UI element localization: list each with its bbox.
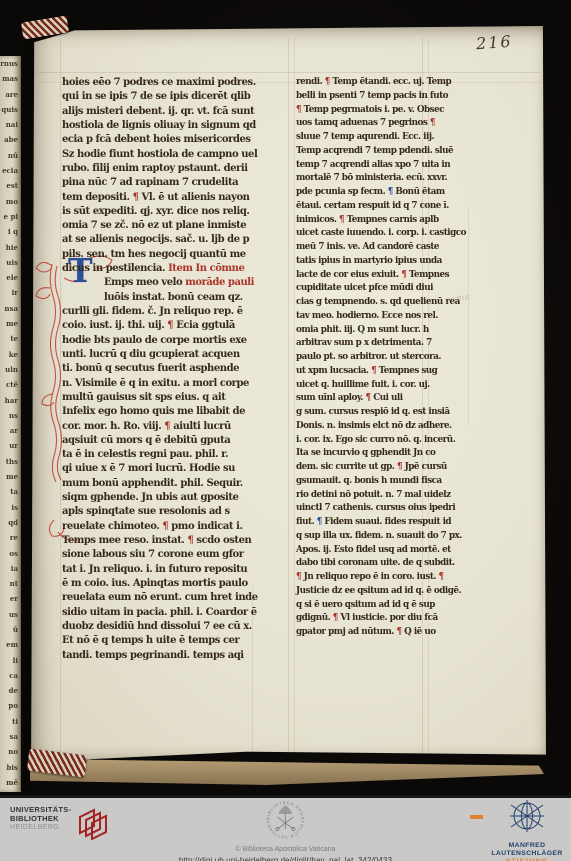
facing-page-fragment: er	[0, 591, 21, 606]
manuscript-text-line: Sz hodie fiunt hostiola de campno uel	[62, 148, 298, 162]
manuscript-text-line: omia phit. iij. Q m sunt lucr. h	[296, 324, 438, 338]
manuscript-text-line: tav meo. hodierno. Ecce nos rel.	[296, 310, 438, 324]
facing-page-fragment: ia	[0, 561, 21, 576]
facing-page-fragment: are	[0, 87, 21, 102]
facing-page-fragment: ca	[0, 668, 21, 683]
facing-page-fragment: quis	[0, 102, 21, 117]
text-column-left: hoies eēo 7 podres ce maximi podres.qui …	[62, 76, 298, 663]
facing-page-fragment: nai	[0, 117, 21, 132]
facing-page-fragment: rnus	[0, 56, 21, 71]
manuscript-text-line: tandi. temps pegrinandi. temps aqi	[62, 649, 298, 663]
manuscript-text-line: ē m coio. ius. Apinqtas mortis paulo	[62, 577, 298, 591]
facing-page-fragment: har	[0, 393, 21, 408]
ruling-line-h	[38, 72, 540, 73]
manuscript-text-line: sidio uitam in pacia. phil. i. Coardor ē	[62, 606, 298, 620]
manuscript-text-line: q sup illa ux. fidem. n. suauit do 7 px.	[296, 530, 438, 544]
manuscript-text-line: aqsiuit cū mors q ē debitū gputa	[62, 434, 298, 448]
manuscript-text-line: ¶ Jn reliquo repo ē in coro. iust. ¶	[296, 571, 438, 585]
facing-page-fragment: po	[0, 698, 21, 713]
facing-page-fragment: i q	[0, 224, 21, 239]
facing-page-fragment: abe	[0, 132, 21, 147]
manuscript-text-line: duobz desidiū hnd dissolui 7 ee cū x.	[62, 620, 298, 634]
manuscript-text-line: dicus in pestilencia. Item In cōmne	[62, 262, 298, 276]
manuscript-text-line: ta ē in celestis regni pau. phil. r.	[62, 448, 298, 462]
manuscript-text-line: sione labous siu 7 corone eum gfor	[62, 548, 298, 562]
manuscript-text-line: apls spinqtate sue resolonis ad s	[62, 505, 298, 519]
manuscript-text-line: belli in psenti 7 temp pacis in futo	[296, 90, 438, 104]
manuscript-text-line: at se alienis negocijs. sač. u. ljb de p	[62, 233, 298, 247]
manuscript-text-line: coio. iust. ij. thi. uij. ¶ Ecia ggtulā	[62, 319, 298, 333]
screenshot-root: rnusmasarequisnaiabenūeciaestmoe pii qhi…	[0, 0, 571, 861]
parchment-crease	[468, 206, 469, 426]
facing-page-fragment: sa	[0, 729, 21, 744]
facing-page-fragment: qd	[0, 515, 21, 530]
manuscript-text-line: meū 7 inis. ve. Ad candorē caste	[296, 241, 438, 255]
manuscript-text-line: tatis ipius in martyrio ipius unda	[296, 255, 438, 269]
facing-page-fragment: mas	[0, 71, 21, 86]
facing-page-fragment: ta	[0, 484, 21, 499]
manuscript-text-line: mortalē 7 bō ministeria. ecū. xxvr.	[296, 172, 438, 186]
manuscript-text-line: hoies eēo 7 podres ce maximi podres.	[62, 76, 298, 90]
manuscript-text-line: luōis instat. bonū ceam qz.	[62, 291, 298, 305]
facing-page-fragment: ir	[0, 285, 21, 300]
manuscript-text-line: ut xpm lucsacia. ¶ Tempnes sug	[296, 365, 438, 379]
facing-page-fragment: no	[0, 744, 21, 759]
manuscript-text-line: unti. lucrū q diu gcupierat acquen	[62, 348, 298, 362]
ml-logo-line2: LAUTENSCHLÄGER	[489, 850, 565, 858]
facing-page-fragment: de	[0, 683, 21, 698]
manuscript-text-line: uicet caste iuuendo. i. corp. i. castigc…	[296, 227, 438, 241]
manuscript-text-line: tem depositi. ¶ Vl. ē ut alienis nayon	[62, 191, 298, 205]
manuscript-text-line: i. cor. ix. Ego sic curro nō. q. incerū.	[296, 434, 438, 448]
manuscript-text-line: inimicos. ¶ Tempnes carnis aplb	[296, 214, 438, 228]
manuscript-text-line: pde pcunia sp fecm. ¶ Bonū ētam	[296, 186, 438, 200]
facing-page-edge: rnusmasarequisnaiabenūeciaestmoe pii qhi…	[0, 56, 21, 792]
lautenschlaeger-logo: MANFRED LAUTENSCHLÄGER STIFTUNG	[489, 799, 565, 861]
ub-heidelberg-logo: UNIVERSITÄTS- BIBLIOTHEK HEIDELBERG	[10, 806, 111, 840]
facing-page-fragment: e pi	[0, 209, 21, 224]
manuscript-text-line: Temp acqrendi 7 temp pdendi. sluē	[296, 145, 438, 159]
manuscript-text-line: multū gauisus sit sps eius. q ait	[62, 391, 298, 405]
manuscript-text-line: gsumauit. q. bonis h mundi fisca	[296, 475, 438, 489]
vatican-seal-icon: BIBLIOTECA APOSTOLICA VATICANA	[263, 799, 309, 841]
manuscript-text-line: n. Visimile ē q in exitu. a morl corpe	[62, 377, 298, 391]
facing-page-fragment: ke	[0, 347, 21, 362]
manuscript-text-line: hostiola de lignis oliuay in signum qd	[62, 119, 298, 133]
footer-bar: UNIVERSITÄTS- BIBLIOTHEK HEIDELBERG	[0, 795, 571, 861]
facing-page-fragment: ns	[0, 408, 21, 423]
ml-logo-line3: STIFTUNG	[489, 858, 565, 861]
manuscript-text-line: lacte de cor eius exiuit. ¶ Tempnes	[296, 269, 438, 283]
manuscript-text-line: g sum. cursus respiō id q. est insiā	[296, 406, 438, 420]
manuscript-text-line: qi uiue x ē 7 mori lucrū. Hodie su	[62, 462, 298, 476]
facing-page-fragment: me	[0, 316, 21, 331]
facing-page-fragment: ctē	[0, 377, 21, 392]
manuscript-text-line: alijs misteri debent. ij. qr. vt. fcā su…	[62, 105, 298, 119]
facing-page-fragment: est	[0, 178, 21, 193]
facing-page-fragment: re	[0, 530, 21, 545]
facing-page-fragment: nt	[0, 576, 21, 591]
ml-logo-line1: MANFRED	[489, 842, 565, 850]
manuscript-text-line: pils. sen. tm hes negocij quantū me	[62, 248, 298, 262]
manuscript-text-line: omia 7 se zč. nō ez ut plane inmiste	[62, 219, 298, 233]
manuscript-text-line: Justicie dz ee qsitum ad id q. ē odigē.	[296, 585, 438, 599]
vatican-copyright: © Biblioteca Apostolica Vaticana	[179, 846, 392, 853]
facing-page-fragment: li	[0, 653, 21, 668]
facing-page-fragment: ecia	[0, 163, 21, 178]
manuscript-text-line: Et nō ē q temps h uite ē temps cer	[62, 634, 298, 648]
manuscript-text-line: uinctl 7 cathenis. cursus oius ipedri	[296, 502, 438, 516]
ruling-line-v	[60, 38, 61, 762]
manuscript-text-line: hodie bts paulo de corpe mortis exe	[62, 334, 298, 348]
manuscript-text-line: uicet q. huillime fuit. i. cor. uj.	[296, 379, 438, 393]
manuscript-text-line: paulo pt. so arbitror. ut stercora.	[296, 351, 438, 365]
manuscript-text-line: q si ē uero qsitum ad id q ē sup	[296, 599, 438, 613]
manuscript-text-line: Infelix ego homo quis me libabit de	[62, 405, 298, 419]
facing-page-fragment: ele	[0, 270, 21, 285]
ub-logo-line3: HEIDELBERG	[10, 823, 71, 832]
facing-page-fragment: ths	[0, 454, 21, 469]
manuscript-text-line: ti. bonū q secutus fuerit asphende	[62, 362, 298, 376]
manuscript-text-line: reuelata eum nō erunt. cum hret inde	[62, 591, 298, 605]
manuscript-text-line: rendi. ¶ Temp ētandi. ecc. uj. Temp	[296, 76, 438, 90]
manuscript-text-line: cor. mor. h. Ro. viij. ¶ aiulti lucrū	[62, 420, 298, 434]
facing-page-fragment: ur	[0, 438, 21, 453]
manuscript-text-line: dabo tibi coronam uite. de q subdit.	[296, 557, 438, 571]
manuscript-text-line: tat i. Jn reliquo. i. in futuro repositu	[62, 563, 298, 577]
manuscript-text-line: sluue 7 temp aqurendi. Ecc. iij.	[296, 131, 438, 145]
manuscript-text-line: ecia p fcā debent hoies misericordes	[62, 133, 298, 147]
pencil-marginalia: sems	[446, 293, 470, 305]
manuscript-text-line: uos tamq aduenas 7 pegrinos ¶	[296, 117, 438, 131]
manuscript-page: T hoies eēo 7 podres ce maximi podres.qu…	[28, 26, 546, 762]
facing-page-fragment: us	[0, 607, 21, 622]
manuscript-text-line: Emps meo velo morāde pauli	[62, 276, 298, 290]
facing-page-fragment: em	[0, 637, 21, 652]
manuscript-text-line: Temps mee reso. instat. ¶ scdo osten	[62, 534, 298, 548]
globe-icon	[507, 799, 547, 837]
manuscript-text-line: pina nūc 7 ad rapinam 7 crudelita	[62, 176, 298, 190]
photo-background: rnusmasarequisnaiabenūeciaestmoe pii qhi…	[0, 0, 571, 795]
manuscript-text-line: gdignū. ¶ Vl iusticie. por diu fcā	[296, 612, 438, 626]
manuscript-text-line: qui in se ipis 7 de se ipis dicerēt qlib	[62, 90, 298, 104]
text-column-right: rendi. ¶ Temp ētandi. ecc. uj. Tempbelli…	[296, 76, 438, 640]
manuscript-text-line: temp 7 acqrendi alias xpo 7 uita in	[296, 159, 438, 173]
ub-books-icon	[75, 806, 111, 840]
facing-page-fragment: uis	[0, 255, 21, 270]
manuscript-text-line: reuelate chimoteo. ¶ pmo indicat i.	[62, 520, 298, 534]
facing-page-fragment: uln	[0, 362, 21, 377]
vatican-attribution: BIBLIOTECA APOSTOLICA VATICANA © Bibliot…	[179, 799, 392, 861]
manuscript-text-line: siqm gphende. Jn ubis aut gposite	[62, 491, 298, 505]
manuscript-text-line: dem. sic currite ut gp. ¶ Jpē cursū	[296, 461, 438, 475]
manuscript-text-line: fiut. ¶ Fidem suaui. fides respuit id	[296, 516, 438, 530]
manuscript-text-line: ētaui. certam respuit id q 7 cone ī.	[296, 200, 438, 214]
facing-page-fragment: ar	[0, 423, 21, 438]
manuscript-text-line: rio detini nō potuit. n. 7 mal uidelz	[296, 489, 438, 503]
facing-page-fragment: nsa	[0, 301, 21, 316]
manuscript-text-line: is sūt expediti. qj. xyr. dice nos reliq…	[62, 205, 298, 219]
manuscript-text-line: Apos. ij. Esto fidel usq ad mortē. et	[296, 544, 438, 558]
manuscript-text-line: rubo. filij enim raptoy pstaunt. derii	[62, 162, 298, 176]
manuscript-text-line: cias g tempnendo. s. qd quelienū rea	[296, 296, 438, 310]
facing-page-fragment: nū	[0, 148, 21, 163]
folio-number: 216	[475, 30, 540, 53]
facing-page-fragment: is	[0, 500, 21, 515]
manuscript-text-line: ¶ Temp pegrmatois i. pe. v. Obsec	[296, 104, 438, 118]
ub-logo-line2: BIBLIOTHEK	[10, 815, 71, 824]
dash-icon	[470, 815, 483, 819]
manuscript-text-line: curlli gli. fidem. č. Jn reliquo rep. ē	[62, 305, 298, 319]
manuscript-text-line: Ita se incurvio q gphendit Jn co	[296, 447, 438, 461]
manuscript-text-line: Donis. n. insimis elct nō dz adhere.	[296, 420, 438, 434]
manuscript-text-line: cupiditate uicet pfce mūdi diui	[296, 282, 438, 296]
facing-page-fragment: te	[0, 331, 21, 346]
facing-page-fragment: os	[0, 546, 21, 561]
manuscript-text-line: mum bonū apphendit. phil. Sequir.	[62, 477, 298, 491]
source-url: http://digi.ub.uni-heidelberg.de/diglit/…	[179, 856, 392, 861]
facing-page-fragment: bis	[0, 760, 21, 775]
facing-page-fragment: ti	[0, 714, 21, 729]
facing-page-fragment: me	[0, 469, 21, 484]
facing-page-fragment: ū	[0, 622, 21, 637]
manuscript-text-line: gpator pmj ad nūtum. ¶ Q iē uo	[296, 626, 438, 640]
manuscript-text-line: arbitrav sum p x detrimenta. 7	[296, 337, 438, 351]
facing-page-fragment: hie	[0, 240, 21, 255]
facing-page-fragment: mo	[0, 194, 21, 209]
facing-page-fragment: mē	[0, 775, 21, 790]
manuscript-text-line: sum uīnl aploy. ¶ Cui uli	[296, 392, 438, 406]
